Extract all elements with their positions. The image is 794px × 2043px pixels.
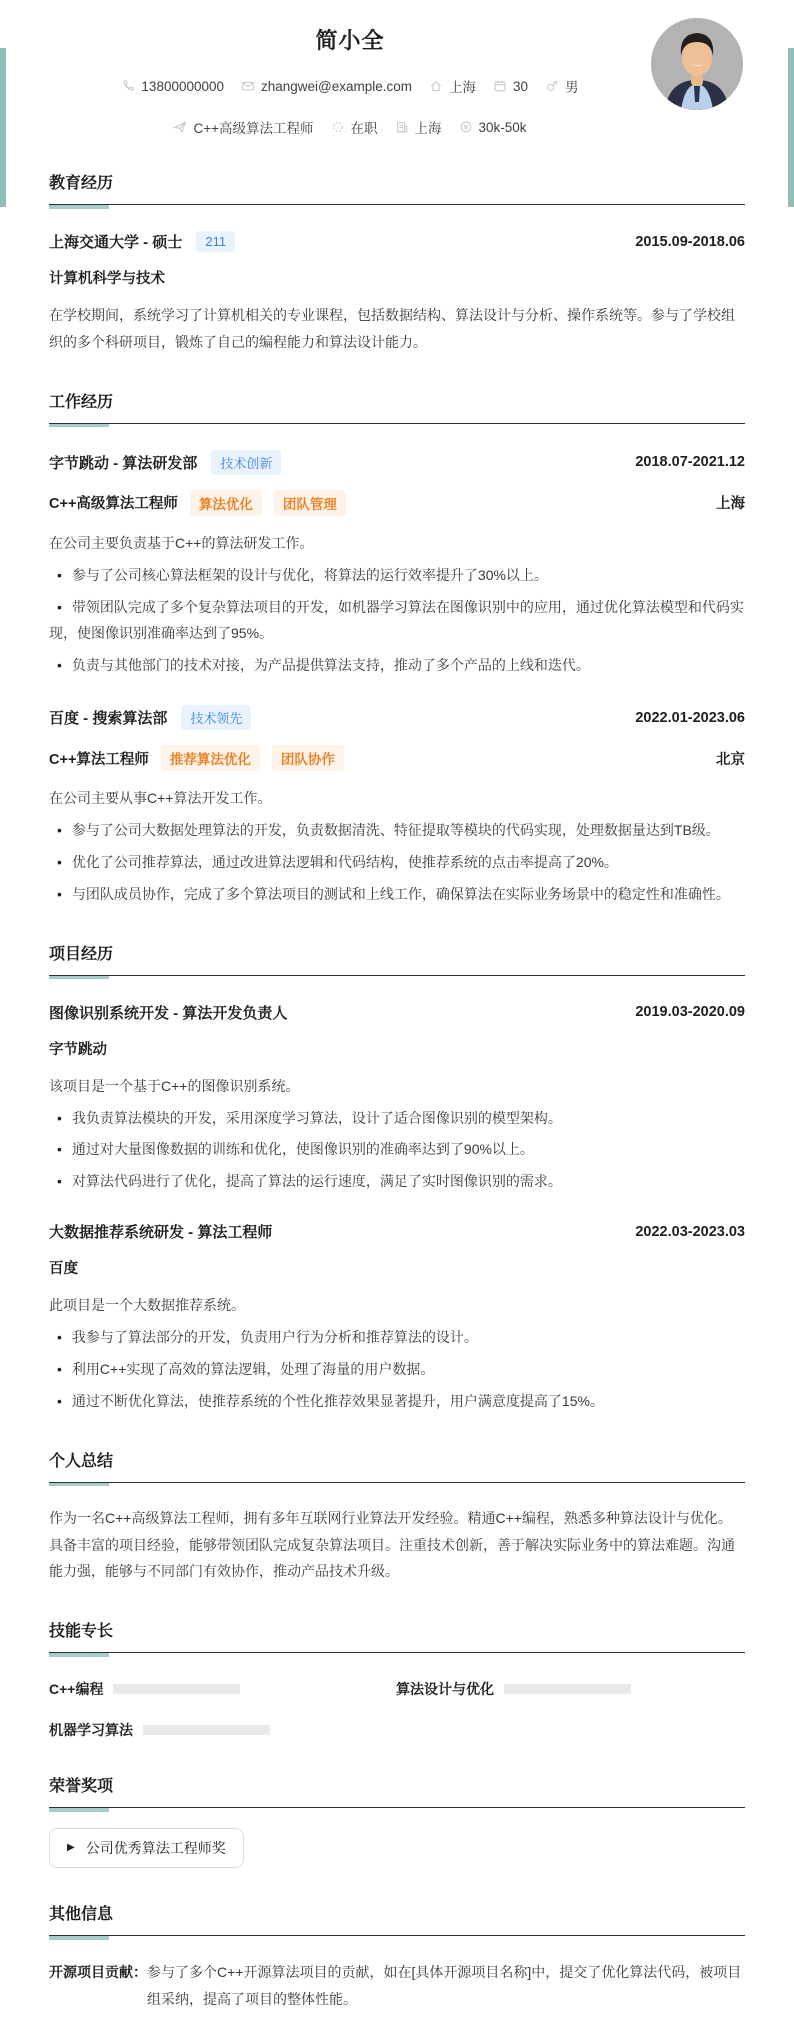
phone-item: 13800000000 (121, 79, 224, 94)
project-bullet-text: 我参与了算法部分的开发，负责用户行为分析和推荐算法的设计。 (72, 1329, 478, 1345)
company-badge: 技术领先 (181, 705, 251, 730)
company-badge: 技术创新 (211, 450, 281, 475)
salary-item: 30k-50k (459, 120, 527, 135)
gender-value: 男 (565, 76, 579, 96)
status-item: 在职 (331, 117, 378, 137)
avatar-photo-placeholder (651, 18, 743, 110)
work-bullet: •参与了公司大数据处理算法的开发，负责数据清洗、特征提取等模块的代码实现，处理数… (49, 817, 745, 844)
location-value: 上海 (449, 76, 476, 96)
work-bullet-text: 带领团队完成了多个复杂算法项目的开发，如机器学习算法在图像识别中的应用，通过优化… (49, 599, 744, 642)
work-bullet-text: 参与了公司核心算法框架的设计与优化，将算法的运行效率提升了30%以上。 (72, 567, 548, 583)
resume-page: 简小全 13800000000 zhangwei@example.com 上海 … (0, 0, 794, 2043)
work-tag: 团队管理 (274, 490, 346, 516)
work-location: 上海 (716, 492, 745, 513)
project-org: 百度 (49, 1257, 745, 1278)
project-bullet: •利用C++实现了高效的算法逻辑，处理了海量的用户数据。 (49, 1356, 745, 1383)
status-icon (331, 120, 345, 134)
project-date: 2022.03-2023.03 (635, 1224, 745, 1240)
work-bullet: •参与了公司核心算法框架的设计与优化，将算法的运行效率提升了30%以上。 (49, 562, 745, 589)
bullet-dot-icon: • (57, 817, 62, 844)
work-role-row: C++算法工程师 推荐算法优化 团队协作 北京 (49, 745, 745, 771)
company-name: 字节跳动 - 算法研发部 (49, 452, 197, 473)
work-date: 2018.07-2021.12 (635, 454, 745, 470)
location-item: 上海 (429, 76, 476, 96)
skill-label: C++编程 (49, 1679, 103, 1699)
other-info-row: 开源项目贡献： 参与了多个C++开源算法项目的贡献，如在[具体开源项目名称]中，… (49, 1959, 745, 2013)
job-intention-value: C++高级算法工程师 (193, 117, 313, 137)
bullet-dot-icon: • (57, 881, 62, 908)
project-bullet: •通过对大量图像数据的训练和优化，使图像识别的准确率达到了90%以上。 (49, 1136, 745, 1163)
company-name: 百度 - 搜索算法部 (49, 707, 167, 728)
work-bullet: •与团队成员协作，完成了多个算法项目的测试和上线工作，确保算法在实际业务场景中的… (49, 881, 745, 908)
city-item: 上海 (395, 117, 442, 137)
work-role-left: C++算法工程师 推荐算法优化 团队协作 (49, 745, 344, 771)
age-icon (493, 79, 507, 93)
skill-progress-bar (113, 1684, 240, 1694)
project-name: 图像识别系统开发 - 算法开发负责人 (49, 1002, 287, 1023)
age-item: 30 (493, 79, 528, 94)
work-tag: 推荐算法优化 (161, 745, 260, 771)
project-bullet-text: 我负责算法模块的开发，采用深度学习算法，设计了适合图像识别的模型架构。 (72, 1110, 562, 1126)
bullet-dot-icon: • (57, 1324, 62, 1351)
bullet-dot-icon: • (57, 1356, 62, 1383)
section-title-summary: 个人总结 (49, 1448, 745, 1483)
home-icon (429, 79, 443, 93)
header-main: 简小全 13800000000 zhangwei@example.com 上海 … (49, 16, 651, 137)
work-desc: 在公司主要从事C++算法开发工作。 (49, 785, 745, 812)
skill-item: C++编程 (49, 1679, 396, 1699)
section-title-projects: 项目经历 (49, 941, 745, 976)
work-role: C++高级算法工程师 (49, 492, 178, 513)
section-title-skills: 技能专长 (49, 1618, 745, 1653)
summary-text: 作为一名C++高级算法工程师，拥有多年互联网行业算法开发经验。精通C++编程，熟… (49, 1505, 745, 1586)
bullet-dot-icon: • (57, 594, 62, 621)
bullet-dot-icon: • (57, 562, 62, 589)
project-entry-head: 大数据推荐系统研发 - 算法工程师 2022.03-2023.03 (49, 1221, 745, 1242)
work-role-left: C++高级算法工程师 算法优化 团队管理 (49, 490, 346, 516)
education-entry-head: 上海交通大学 - 硕士 211 2015.09-2018.06 (49, 231, 745, 252)
project-bullet: •通过不断优化算法，使推荐系统的个性化推荐效果显著提升，用户满意度提高了15%。 (49, 1388, 745, 1415)
project-name: 大数据推荐系统研发 - 算法工程师 (49, 1221, 272, 1242)
work-tag: 团队协作 (272, 745, 344, 771)
education-entry-left: 上海交通大学 - 硕士 211 (49, 231, 235, 252)
work-bullet-text: 与团队成员协作，完成了多个算法项目的测试和上线工作，确保算法在实际业务场景中的稳… (72, 886, 730, 902)
skill-label: 算法设计与优化 (396, 1679, 494, 1699)
gender-icon (545, 79, 559, 93)
work-bullet: •带领团队完成了多个复杂算法项目的开发，如机器学习算法在图像识别中的应用，通过优… (49, 594, 745, 648)
mail-icon (241, 79, 255, 93)
project-bullet-text: 对算法代码进行了优化，提高了算法的运行速度，满足了实时图像识别的需求。 (72, 1173, 562, 1189)
other-info-text: 参与了多个C++开源算法项目的贡献，如在[具体开源项目名称]中，提交了优化算法代… (147, 1959, 745, 2013)
avatar (651, 18, 743, 110)
work-location: 北京 (716, 748, 745, 769)
project-org: 字节跳动 (49, 1038, 745, 1059)
work-desc: 在公司主要负责基于C++的算法研发工作。 (49, 530, 745, 557)
play-triangle-icon: ▶ (67, 1843, 75, 1853)
skill-progress-bar (143, 1725, 270, 1735)
salary-icon (459, 120, 473, 134)
bullet-dot-icon: • (57, 1388, 62, 1415)
right-accent-bar (788, 48, 794, 207)
contact-row-1: 13800000000 zhangwei@example.com 上海 30 男 (49, 76, 651, 96)
job-intention-item: C++高级算法工程师 (173, 117, 313, 137)
skill-item: 算法设计与优化 (396, 1679, 745, 1699)
project-bullet-text: 利用C++实现了高效的算法逻辑，处理了海量的用户数据。 (72, 1361, 434, 1377)
job-intention-icon (173, 120, 187, 134)
city-value: 上海 (415, 117, 442, 137)
phone-value: 13800000000 (141, 79, 224, 94)
project-date: 2019.03-2020.09 (635, 1004, 745, 1020)
left-accent-bar (0, 48, 6, 207)
skill-progress-bar (504, 1684, 631, 1694)
city-icon (395, 120, 409, 134)
section-title-other: 其他信息 (49, 1901, 745, 1936)
skills-grid: C++编程 算法设计与优化 机器学习算法 (49, 1679, 745, 1740)
resume-header: 简小全 13800000000 zhangwei@example.com 上海 … (49, 0, 745, 137)
candidate-name: 简小全 (49, 24, 651, 55)
project-bullet: •我负责算法模块的开发，采用深度学习算法，设计了适合图像识别的模型架构。 (49, 1105, 745, 1132)
honor-award-label: 公司优秀算法工程师奖 (86, 1838, 226, 1858)
other-info-label: 开源项目贡献： (49, 1959, 147, 2013)
bullet-dot-icon: • (57, 1105, 62, 1132)
bullet-dot-icon: • (57, 1136, 62, 1163)
work-bullet-text: 负责与其他部门的技术对接，为产品提供算法支持，推动了多个产品的上线和迭代。 (72, 657, 590, 673)
work-entry-left: 百度 - 搜索算法部 技术领先 (49, 705, 251, 730)
project-bullet-text: 通过对大量图像数据的训练和优化，使图像识别的准确率达到了90%以上。 (72, 1141, 534, 1157)
honor-award-item[interactable]: ▶ 公司优秀算法工程师奖 (49, 1828, 244, 1868)
salary-value: 30k-50k (479, 120, 527, 135)
work-role: C++算法工程师 (49, 748, 149, 769)
phone-icon (121, 79, 135, 93)
skill-label: 机器学习算法 (49, 1720, 133, 1740)
email-value: zhangwei@example.com (261, 79, 412, 94)
project-bullet-text: 通过不断优化算法，使推荐系统的个性化推荐效果显著提升，用户满意度提高了15%。 (72, 1393, 604, 1409)
project-desc: 该项目是一个基于C++的图像识别系统。 (49, 1073, 745, 1100)
section-title-honors: 荣誉奖项 (49, 1773, 745, 1808)
school-name: 上海交通大学 - 硕士 (49, 231, 182, 252)
work-bullet: •优化了公司推荐算法，通过改进算法逻辑和代码结构，使推荐系统的点击率提高了20%… (49, 849, 745, 876)
education-date: 2015.09-2018.06 (635, 234, 745, 250)
project-entry-head: 图像识别系统开发 - 算法开发负责人 2019.03-2020.09 (49, 1002, 745, 1023)
school-badge-211: 211 (196, 231, 235, 252)
project-desc: 此项目是一个大数据推荐系统。 (49, 1292, 745, 1319)
work-entry-left: 字节跳动 - 算法研发部 技术创新 (49, 450, 281, 475)
work-date: 2022.01-2023.06 (635, 710, 745, 726)
work-bullet-text: 参与了公司大数据处理算法的开发，负责数据清洗、特征提取等模块的代码实现，处理数据… (72, 822, 720, 838)
gender-item: 男 (545, 76, 579, 96)
work-tag: 算法优化 (190, 490, 262, 516)
work-role-row: C++高级算法工程师 算法优化 团队管理 上海 (49, 490, 745, 516)
contact-row-2: C++高级算法工程师 在职 上海 30k-50k (49, 117, 651, 137)
work-bullet: •负责与其他部门的技术对接，为产品提供算法支持，推动了多个产品的上线和迭代。 (49, 652, 745, 679)
section-title-work: 工作经历 (49, 389, 745, 424)
section-title-education: 教育经历 (49, 170, 745, 205)
bullet-dot-icon: • (57, 849, 62, 876)
project-bullet: •对算法代码进行了优化，提高了算法的运行速度，满足了实时图像识别的需求。 (49, 1168, 745, 1195)
work-bullet-text: 优化了公司推荐算法，通过改进算法逻辑和代码结构，使推荐系统的点击率提高了20%。 (72, 854, 618, 870)
status-value: 在职 (351, 117, 378, 137)
age-value: 30 (513, 79, 528, 94)
work-entry-head: 百度 - 搜索算法部 技术领先 2022.01-2023.06 (49, 705, 745, 730)
bullet-dot-icon: • (57, 652, 62, 679)
work-entry-head: 字节跳动 - 算法研发部 技术创新 2018.07-2021.12 (49, 450, 745, 475)
education-desc: 在学校期间，系统学习了计算机相关的专业课程，包括数据结构、算法设计与分析、操作系… (49, 302, 745, 356)
project-bullet: •我参与了算法部分的开发，负责用户行为分析和推荐算法的设计。 (49, 1324, 745, 1351)
skill-item: 机器学习算法 (49, 1720, 396, 1740)
bullet-dot-icon: • (57, 1168, 62, 1195)
education-major: 计算机科学与技术 (49, 267, 745, 288)
email-item: zhangwei@example.com (241, 79, 412, 94)
